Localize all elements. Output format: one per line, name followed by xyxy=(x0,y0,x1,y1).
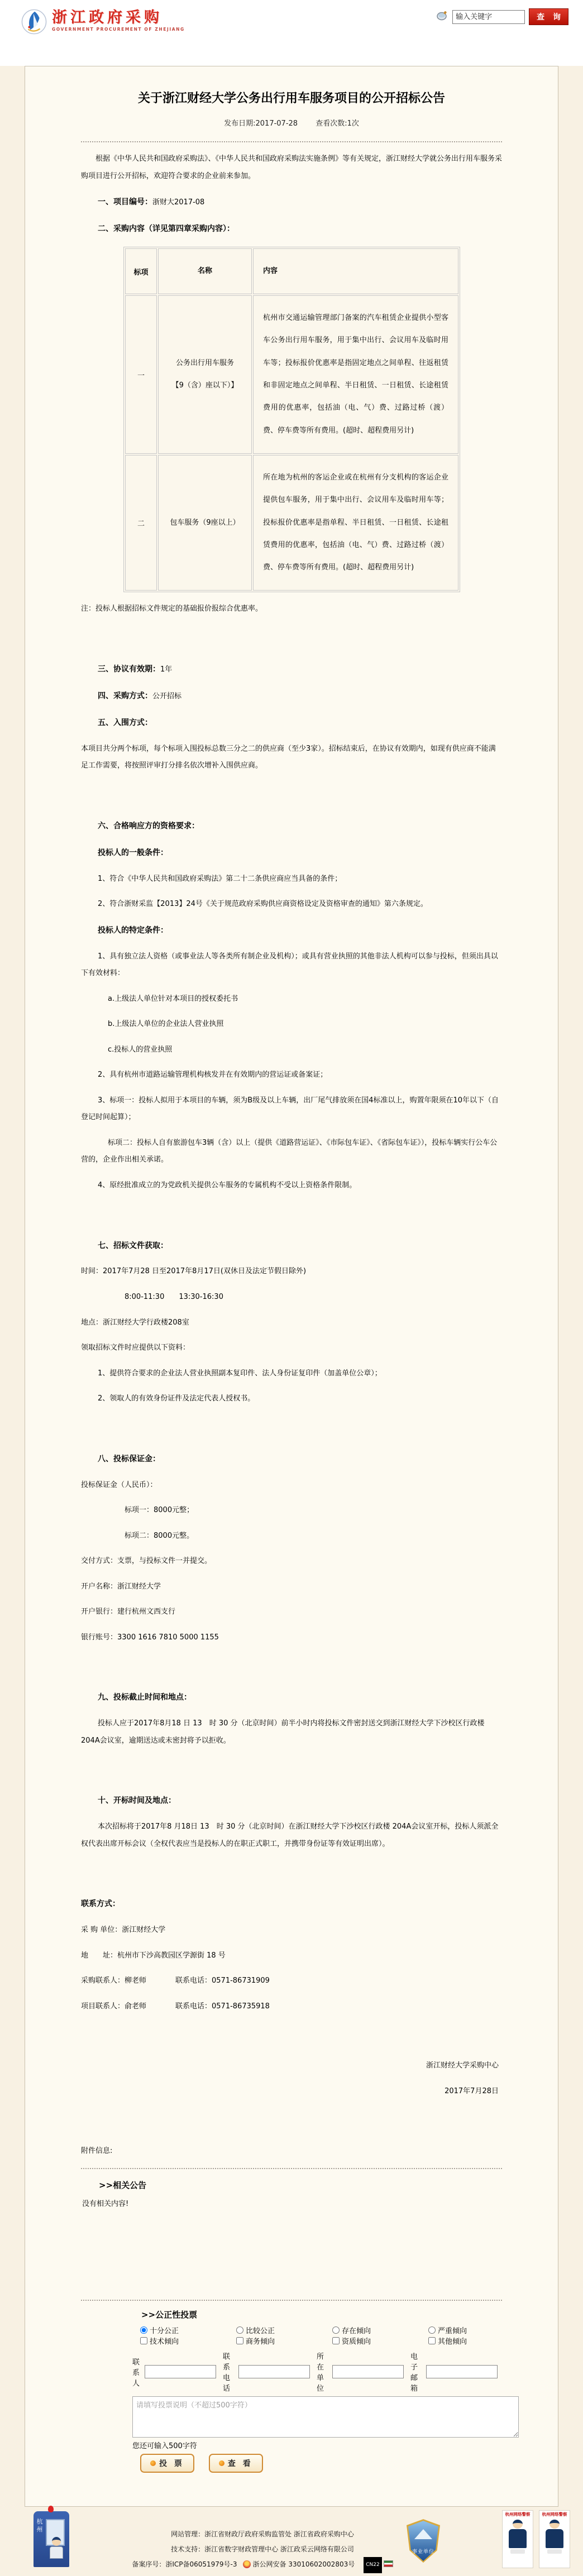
所在单位-input[interactable] xyxy=(332,2365,404,2378)
article-paragraph: a.上级法人单位针对本项目的授权委托书 xyxy=(81,991,502,1008)
article-paragraph: 标项二：投标人自有旅游包车3辆（含）以上（提供《道路营运证》、《市际包车证》、《… xyxy=(81,1135,502,1169)
article-meta: 发布日期:2017-07-28 查看次数:1次 xyxy=(81,115,502,137)
table-header: 名称 xyxy=(158,248,252,294)
article-heading: 二、采购内容（详见第四章采购内容）： xyxy=(81,220,502,238)
shield-mountain-icon xyxy=(414,2529,432,2539)
article-heading: 四、采购方式：公开招标 xyxy=(81,687,502,706)
search-button[interactable]: 查 询 xyxy=(529,8,568,25)
article-paragraph: 1、具有独立法人资格（或事业法人等各类所有制企业及机构）；或具有营业执照的其他非… xyxy=(81,948,502,982)
cyber-police-badge[interactable]: 杭州网络警察 xyxy=(502,2510,533,2568)
article-heading: 五、入围方式： xyxy=(81,714,502,732)
site-logo: 浙江政府采购 GOVERNMENT PROCUREMENT OF ZHEJIAN… xyxy=(21,9,185,37)
footer-text: 网站管理：浙江省财政厅政府采购监管处 浙江省政府采购中心 技术支持：浙江省数字财… xyxy=(128,2527,396,2573)
booth-label: 杭州 xyxy=(36,2518,44,2534)
police-figure-icon xyxy=(545,2520,564,2554)
article-paragraph: 根据《中华人民共和国政府采购法》、《中华人民共和国政府采购法实施条例》等有关规定… xyxy=(81,151,502,185)
checkbox-label: 资质倾向 xyxy=(342,2335,371,2346)
related-announcements-title: >>相关公告 xyxy=(99,2179,502,2191)
article-paragraph: 本次招标将于2017年8 月18日 13 时 30 分（北京时间）在浙江财经大学… xyxy=(81,1819,502,1853)
bias-checkbox-option[interactable]: 技术倾向 xyxy=(140,2335,236,2346)
article-body: 根据《中华人民共和国政府采购法》、《中华人民共和国政府采购法实施条例》等有关规定… xyxy=(81,151,502,2160)
fairness-vote-section: >>公正性投票 十分公正比较公正存在倾向严重倾向 技术倾向商务倾向资质倾向其他倾… xyxy=(108,2309,502,2473)
bias-checkbox-group: 技术倾向商务倾向资质倾向其他倾向 xyxy=(140,2335,502,2346)
fairness-radio[interactable] xyxy=(428,2326,436,2334)
checkbox-label: 商务倾向 xyxy=(246,2335,275,2346)
search-input[interactable] xyxy=(452,10,525,24)
article-paragraph: 1、提供符合要求的企业法人营业执照副本复印件、法人身份证复印件（加盖单位公章）； xyxy=(81,1365,502,1383)
联系人-input[interactable] xyxy=(145,2365,216,2378)
divider xyxy=(81,2168,502,2169)
radio-label: 十分公正 xyxy=(150,2325,179,2335)
counter-stripes-icon xyxy=(384,2560,393,2567)
article-heading: 投标人的特定条件： xyxy=(81,922,502,940)
table-cell: 杭州市交通运输管理部门备案的汽车租赁企业提供小型客车公务出行用车服务，用于集中出… xyxy=(253,295,458,454)
footer-support-line: 技术支持：浙江省数字财政管理中心 浙江政采云网络有限公司 xyxy=(128,2542,396,2557)
spacer xyxy=(81,626,502,652)
table-header: 内容 xyxy=(253,248,458,294)
page-title: 关于浙江财经大学公务出行用车服务项目的公开招标公告 xyxy=(81,74,502,115)
view-votes-button[interactable]: 查 看 xyxy=(209,2454,263,2473)
article-heading: 六、合格响应方的资格要求： xyxy=(81,817,502,836)
fairness-radio-option[interactable]: 比较公正 xyxy=(236,2325,332,2335)
article-heading: 联系方式： xyxy=(81,1895,502,1913)
fairness-radio[interactable] xyxy=(140,2326,147,2334)
spacer xyxy=(81,1416,502,1442)
spacer xyxy=(81,783,502,809)
article-heading: 一、项目编号：浙财大2017-08 xyxy=(81,193,502,212)
article-paragraph: 开户名称：浙江财经大学 xyxy=(81,1579,502,1596)
vote-buttons: 投 票 查 看 xyxy=(140,2454,502,2473)
checkbox-label: 技术倾向 xyxy=(150,2335,179,2346)
radio-label: 严重倾向 xyxy=(438,2325,467,2335)
article-paragraph: 本项目共分两个标项，每个标项入围投标总数三分之二的供应商（至少3家）。招标结束后… xyxy=(81,741,502,775)
fairness-radio-option[interactable]: 十分公正 xyxy=(140,2325,236,2335)
article-paragraph: 3、标项一：投标人拟用于本项目的车辆，须为B级及以上车辆，出厂尾气排放须在国4标… xyxy=(81,1092,502,1126)
search-bar: 查 询 xyxy=(436,8,568,25)
icp-number: 备案序号：浙ICP备06051979号-3 xyxy=(132,2560,237,2568)
bias-checkbox[interactable] xyxy=(236,2337,243,2344)
bias-checkbox-option[interactable]: 商务倾向 xyxy=(236,2335,332,2346)
bias-checkbox-option[interactable]: 资质倾向 xyxy=(332,2335,428,2346)
article-paragraph: 银行账号：3300 1616 7810 5000 1155 xyxy=(81,1629,502,1647)
table-row: 二包车服务（9座以上）所在地为杭州的客运企业或在杭州有分支机构的客运企业提供包车… xyxy=(125,455,458,591)
publish-date: 发布日期:2017-07-28 xyxy=(224,119,298,128)
article-paragraph: 标项一：8000元整； xyxy=(81,1502,502,1519)
article-paragraph: b.上级法人单位的企业法人营业执照 xyxy=(81,1016,502,1033)
bias-checkbox[interactable] xyxy=(332,2337,340,2344)
radio-label: 存在倾向 xyxy=(342,2325,371,2335)
fairness-radio-option[interactable]: 存在倾向 xyxy=(332,2325,428,2335)
spacer xyxy=(81,1203,502,1229)
police-booth-mascot-image: 杭州 xyxy=(34,2511,69,2567)
vote-comment-textarea[interactable] xyxy=(132,2396,519,2438)
article-heading: 九、投标截止时间和地点： xyxy=(81,1688,502,1707)
table-cell: 所在地为杭州的客运企业或在杭州有分支机构的客运企业提供包车服务，用于集中出行、会… xyxy=(253,455,458,591)
site-footer: 杭州 网站管理：浙江省财政厅政府采购监管处 浙江省政府采购中心 技术支持：浙江省… xyxy=(0,2507,583,2576)
article-paragraph: 2、领取人的有效身份证件及法定代表人授权书。 xyxy=(81,1390,502,1408)
fairness-radio-group: 十分公正比较公正存在倾向严重倾向 xyxy=(140,2325,502,2335)
bullet-icon xyxy=(150,2460,156,2466)
article-paragraph: 投标保证金（人民币）： xyxy=(81,1477,502,1494)
cyber-police-label: 杭州网络警察 xyxy=(539,2512,570,2517)
article-paragraph: 投标人应于2017年8月18 日 13 时 30 分（北京时间）前半小时内将投标… xyxy=(81,1715,502,1749)
article-paragraph: 4、原经批准成立的为党政机关提供公车服务的专属机构不受以上资格条件限制。 xyxy=(81,1177,502,1195)
remaining-chars-note: 您还可输入500字符 xyxy=(132,2440,502,2450)
announcement-panel: 关于浙江财经大学公务出行用车服务项目的公开招标公告 发布日期:2017-07-2… xyxy=(25,66,558,2507)
police-mascot-icon xyxy=(49,2537,64,2561)
field-label: 联系人 xyxy=(132,2356,142,2388)
field-label: 联系电话 xyxy=(223,2350,236,2393)
article-paragraph: 浙江财经大学采购中心 xyxy=(81,2057,502,2075)
article-paragraph: 项目联系人：俞老师 联系电话：0571-86735918 xyxy=(81,1998,502,2016)
logo-emblem-icon xyxy=(21,9,47,37)
article-heading: 八、投标保证金： xyxy=(81,1450,502,1469)
article-paragraph: 采 购 单位：浙江财经大学 xyxy=(81,1922,502,1939)
article-heading: 三、协议有效期：1年 xyxy=(81,660,502,679)
cyber-police-badges: 杭州网络警察 杭州网络警察 xyxy=(502,2510,570,2568)
spacer xyxy=(81,1758,502,1783)
police-figure-icon xyxy=(508,2520,527,2554)
footer-icp-line: 备案序号：浙ICP备06051979号-3浙公网安备 3301060200280… xyxy=(128,2557,396,2573)
article-heading: 七、招标文件获取： xyxy=(81,1237,502,1255)
public-institution-shield-badge: 事业单位 xyxy=(407,2519,440,2563)
divider xyxy=(81,2300,502,2301)
article-paragraph: 2、符合浙财采监【2013】24号《关于规范政府采购供应商资格设定及资格审查的通… xyxy=(81,896,502,913)
article-paragraph: 8:00-11:30 13:30-16:30 xyxy=(81,1289,502,1306)
security-filing-number[interactable]: 浙公网安备 33010602002803号 xyxy=(253,2560,355,2568)
checkbox-label: 其他倾向 xyxy=(438,2335,467,2346)
field-label: 所在单位 xyxy=(317,2350,330,2393)
article-paragraph: 交付方式：支票，与投标文件一并提交。 xyxy=(81,1553,502,1570)
article-paragraph: 2017年7月28日 xyxy=(81,2083,502,2100)
article-paragraph: 1、符合《中华人民共和国政府采购法》第二十二条供应商应当具备的条件； xyxy=(81,871,502,888)
radio-label: 比较公正 xyxy=(246,2325,275,2335)
field-label: 电子邮箱 xyxy=(410,2350,424,2393)
spacer xyxy=(81,1861,502,1887)
table-cell: 公务出行用车服务 【9（含）座以下）】 xyxy=(158,295,252,454)
shield-label: 事业单位 xyxy=(407,2548,440,2555)
cyber-police-badge[interactable]: 杭州网络警察 xyxy=(539,2510,570,2568)
spacer xyxy=(81,2212,502,2295)
article-paragraph: 地 址：杭州市下沙高教园区学源街 18 号 xyxy=(81,1947,502,1965)
article-paragraph: 采购联系人：柳老师 联系电话：0571-86731909 xyxy=(81,1973,502,1990)
cyber-police-label: 杭州网络警察 xyxy=(503,2512,533,2517)
view-count: 查看次数:1次 xyxy=(316,119,359,128)
电子邮箱-input[interactable] xyxy=(426,2365,498,2378)
table-header: 标项 xyxy=(125,248,157,294)
article-paragraph: 2、具有杭州市道路运输管理机构核发并在有效期内的营运证或备案证； xyxy=(81,1067,502,1084)
spacer xyxy=(81,2023,502,2049)
article-paragraph: 地点：浙江财经大学行政楼208室 xyxy=(81,1315,502,1332)
table-cell: 一 xyxy=(125,295,157,454)
article-paragraph: 时间：2017年7月28 日至2017年8月17日(双休日及法定节假日除外) xyxy=(81,1263,502,1280)
vote-button[interactable]: 投 票 xyxy=(140,2454,194,2473)
vote-contact-fields: 联系人联系电话所在单位电子邮箱 xyxy=(132,2350,502,2393)
article: 关于浙江财经大学公务出行用车服务项目的公开招标公告 发布日期:2017-07-2… xyxy=(81,74,502,2301)
table-row: 一公务出行用车服务 【9（含）座以下）】杭州市交通运输管理部门备案的汽车租赁企业… xyxy=(125,295,458,454)
联系电话-input[interactable] xyxy=(238,2365,310,2378)
fairness-radio[interactable] xyxy=(332,2326,340,2334)
article-heading: 十、开标时间及地点： xyxy=(81,1792,502,1810)
spacer xyxy=(81,2109,502,2134)
bias-checkbox[interactable] xyxy=(140,2337,147,2344)
divider xyxy=(81,141,502,142)
footer-management-line: 网站管理：浙江省财政厅政府采购监管处 浙江省政府采购中心 xyxy=(128,2527,396,2542)
bias-checkbox[interactable] xyxy=(428,2337,436,2344)
related-announcements-empty: 没有相关内容! xyxy=(82,2198,502,2208)
public-security-badge-icon xyxy=(243,2560,251,2568)
logo-title: 浙江政府采购 xyxy=(52,9,185,27)
fairness-radio[interactable] xyxy=(236,2326,243,2334)
article-paragraph: 注：投标人根据招标文件规定的基础报价报综合优惠率。 xyxy=(81,601,502,618)
article-paragraph: 开户银行：建行杭州文西支行 xyxy=(81,1604,502,1621)
bullet-icon xyxy=(219,2460,224,2466)
article-paragraph: c.投标人的营业执照 xyxy=(81,1042,502,1059)
procurement-content-table: 标项名称内容一公务出行用车服务 【9（含）座以下）】杭州市交通运输管理部门备案的… xyxy=(123,247,460,593)
article-paragraph: 标项二：8000元整。 xyxy=(81,1528,502,1545)
search-icon xyxy=(436,9,448,24)
logo-subtitle: GOVERNMENT PROCUREMENT OF ZHEJIANG xyxy=(52,27,185,32)
visit-counter-badge: CN22 xyxy=(364,2557,381,2573)
article-paragraph: 附件信息: xyxy=(81,2143,502,2160)
fairness-radio-option[interactable]: 严重倾向 xyxy=(428,2325,524,2335)
table-cell: 二 xyxy=(125,455,157,591)
fairness-vote-title: >>公正性投票 xyxy=(141,2309,502,2320)
article-paragraph: 领取招标文件时应提供以下资料： xyxy=(81,1340,502,1357)
spacer xyxy=(81,1654,502,1680)
site-header: 浙江政府采购 GOVERNMENT PROCUREMENT OF ZHEJIAN… xyxy=(0,0,583,66)
article-heading: 投标人的一般条件： xyxy=(81,844,502,862)
bias-checkbox-option[interactable]: 其他倾向 xyxy=(428,2335,524,2346)
table-cell: 包车服务（9座以上） xyxy=(158,455,252,591)
